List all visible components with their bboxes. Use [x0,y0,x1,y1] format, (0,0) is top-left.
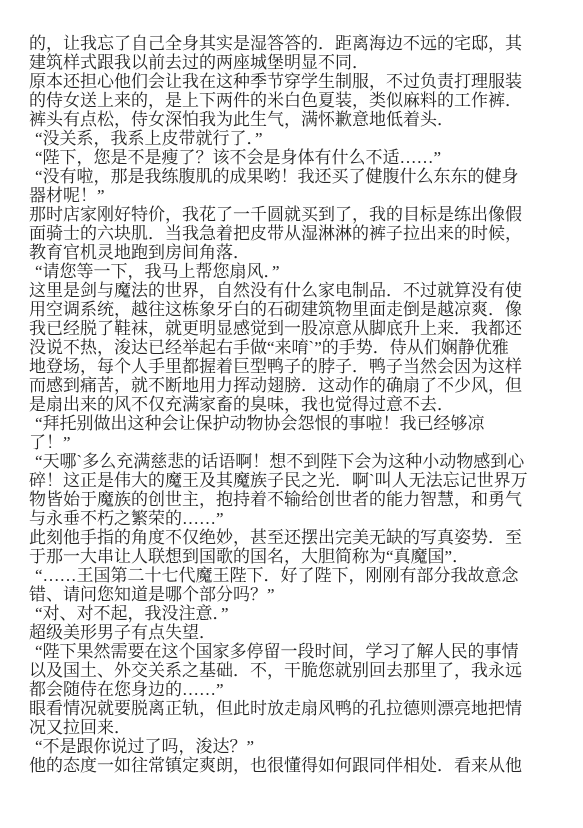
text-line: 建筑样式跟我以前去过的两座城堡明显不同． [29,53,561,72]
text-line: 面骑士的六块肌．当我急着把皮带从湿淋淋的裤子拉出来的时候， [29,224,561,243]
text-line: 用空调系统，越往这栋象牙白的石砌建筑物里面走倒是越凉爽．像 [29,300,561,319]
text-line: 碎！这正是伟大的魔王及其魔族子民之光．啊`叫人无法忘记世界万 [29,471,561,490]
text-line: “请您等一下，我马上帮您扇风．” [29,262,561,281]
text-line: 的侍女送上来的，是上下两件的米白色夏装，类似麻料的工作裤． [29,91,561,110]
text-line: “不是跟你说过了吗，浚达？” [29,737,561,756]
text-line: 裤头有点松，侍女深怕我为此生气，满怀歉意地低着头． [29,110,561,129]
text-line: “没有啦，那是我练腹肌的成果哟！我还买了健腹什么东东的健身 [29,167,561,186]
text-line: 眼看情况就要脱离正轨，但此时放走扇风鸭的孔拉德则漂亮地把情 [29,699,561,718]
text-line: 况又拉回来． [29,718,561,737]
text-line: 地登场，每个人手里都握着巨型鸭子的脖子．鸭子当然会因为这样 [29,357,561,376]
text-line: “……王国第二十七代魔王陛下．好了陛下，刚刚有部分我故意念 [29,566,561,585]
text-line: “拜托别做出这种会让保护动物协会怨恨的事啦！我已经够凉 [29,414,561,433]
text-line: “陛下果然需要在这个国家多停留一段时间，学习了解人民的事情 [29,642,561,661]
text-line: 是扇出来的风不仅充满家畜的臭味，我也觉得过意不去． [29,395,561,414]
text-line: 了！” [29,433,561,452]
text-line: 都会随侍在您身边的……” [29,680,561,699]
text-line: 原本还担心他们会让我在这种季节穿学生制服，不过负责打理服装 [29,72,561,91]
text-line: 而感到痛苦，就不断地用力挥动翅膀．这动作的确扇了不少风，但 [29,376,561,395]
novel-page: 的，让我忘了自己全身其实是湿答答的．距离海边不远的宅邸，其建筑样式跟我以前去过的… [0,0,583,828]
text-line: 器材呢！” [29,186,561,205]
text-block: 的，让我忘了自己全身其实是湿答答的．距离海边不远的宅邸，其建筑样式跟我以前去过的… [29,34,561,775]
text-line: 那时店家刚好特价，我花了一千圆就买到了，我的目标是练出像假 [29,205,561,224]
text-line: 没说不热，浚达已经举起右手做“来唷`”的手势．侍从们娴静优雅 [29,338,561,357]
text-line: 的，让我忘了自己全身其实是湿答答的．距离海边不远的宅邸，其 [29,34,561,53]
text-line: 这里是剑与魔法的世界，自然没有什么家电制品．不过就算没有使 [29,281,561,300]
text-line: “陛下，您是不是瘦了？该不会是身体有什么不适……” [29,148,561,167]
text-line: 以及国土、外交关系之基础．不，干脆您就别回去那里了，我永远 [29,661,561,680]
text-line: “天哪`多么充满慈悲的话语啊！想不到陛下会为这种小动物感到心 [29,452,561,471]
text-line: 于那一大串让人联想到国歌的国名，大胆简称为“真魔国”． [29,547,561,566]
text-line: “对、对不起，我没注意．” [29,604,561,623]
text-line: 错、请问您知道是哪个部分吗？” [29,585,561,604]
text-line: 此刻他手指的角度不仅绝妙，甚至还摆出完美无缺的写真姿势．至 [29,528,561,547]
text-line: 我已经脱了鞋袜，就更明显感觉到一股凉意从脚底升上来．我都还 [29,319,561,338]
text-line: 超级美形男子有点失望． [29,623,561,642]
text-line: 物皆始于魔族的创世主，抱持着不输给创世者的能力智慧，和勇气 [29,490,561,509]
text-line: “没关系，我系上皮带就行了．” [29,129,561,148]
text-line: 他的态度一如往常镇定爽朗，也很懂得如何跟同伴相处．看来从他 [29,756,561,775]
text-line: 与永垂不朽之繁荣的……” [29,509,561,528]
text-line: 教育官机灵地跑到房间角落． [29,243,561,262]
